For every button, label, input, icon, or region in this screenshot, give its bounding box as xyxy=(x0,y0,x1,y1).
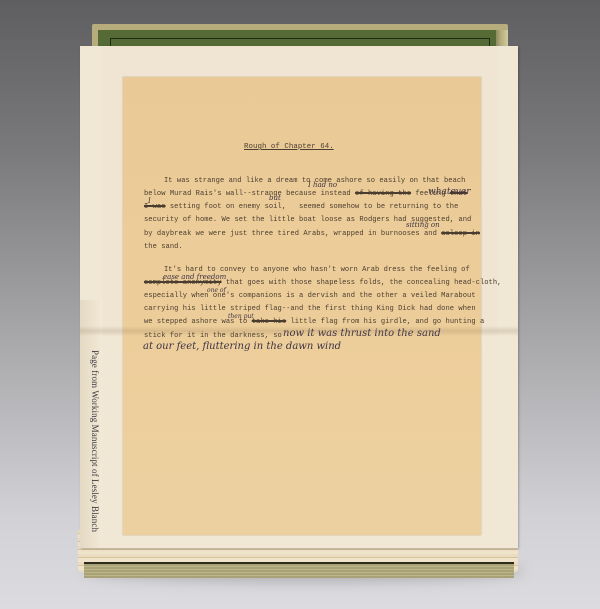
typed-line: the sand. xyxy=(144,244,183,251)
chapter-title: Rough of Chapter 64. xyxy=(244,144,334,151)
handwritten-insertion: one of xyxy=(207,287,226,294)
handwritten-insertion: whatever xyxy=(428,187,471,197)
typed-line: below Murad Rais's wall--strange because… xyxy=(144,191,467,198)
manuscript-page: Rough of Chapter 64. It was strange and … xyxy=(123,77,481,535)
struck-text: of having the xyxy=(355,190,411,198)
handwritten-insertion: but xyxy=(269,194,281,202)
handwritten-insertion: ease and freedom xyxy=(163,273,226,281)
struck-text: take his xyxy=(252,318,286,326)
typed-line: by daybreak we were just three tired Ara… xyxy=(144,231,480,238)
handwritten-insertion: sitting on xyxy=(406,221,440,229)
struck-text: asleep in xyxy=(441,230,480,238)
handwritten-insertion: then put xyxy=(228,313,254,320)
handwritten-insertion: at our feet, fluttering in the dawn wind xyxy=(143,341,341,352)
typed-line: I was setting foot on enemy soil, seemed… xyxy=(144,204,458,211)
handwritten-insertion: I had no xyxy=(308,181,337,189)
typed-line: especially when one's companions is a de… xyxy=(144,293,476,300)
handwritten-insertion: I xyxy=(148,197,151,205)
spine-label: Page from Working Manuscript of Lesley B… xyxy=(84,350,100,530)
cover-bottom-edge xyxy=(84,562,514,578)
book-gutter xyxy=(80,326,518,336)
typed-line: complete anonymity that goes with those … xyxy=(144,280,501,287)
typed-line: carrying his little striped flag--and th… xyxy=(144,306,476,313)
